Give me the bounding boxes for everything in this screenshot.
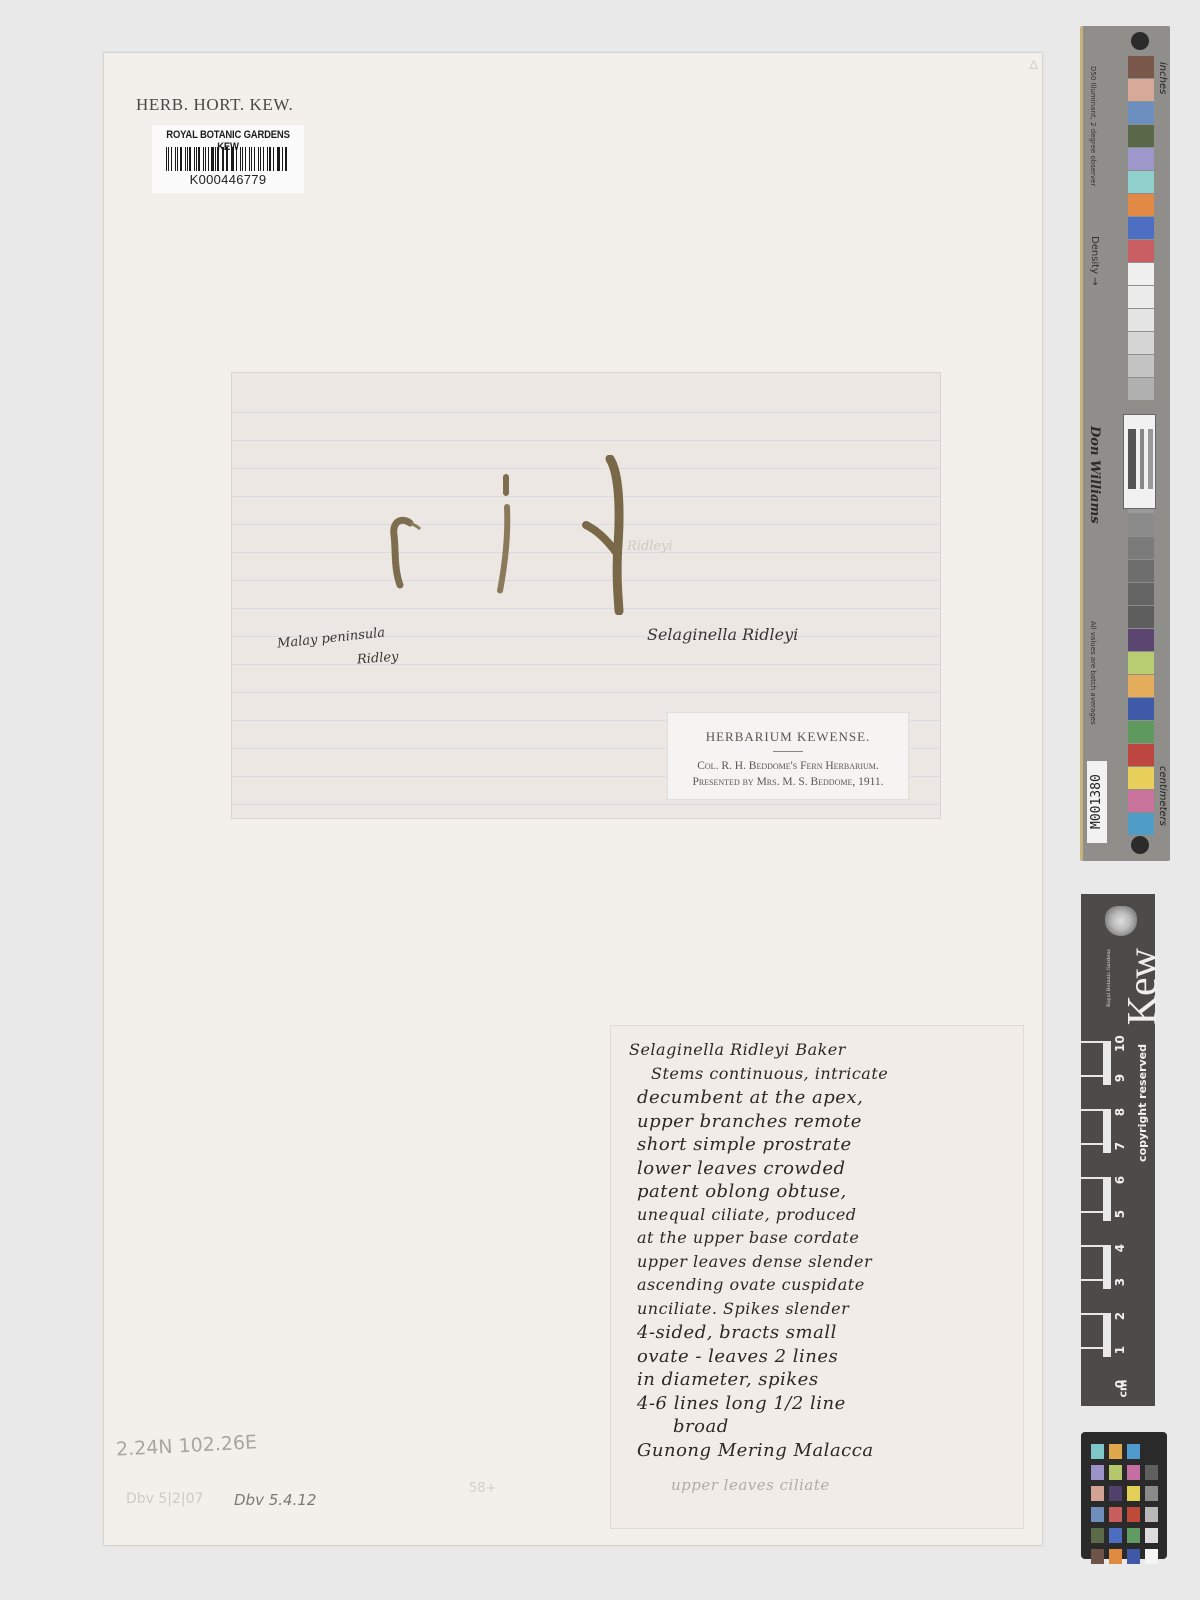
color-checker-cell (1091, 1465, 1104, 1480)
color-checker-cell (1091, 1486, 1104, 1501)
barcode-bar (226, 147, 227, 171)
note-line: Selaginella Ridleyi Baker (629, 1040, 846, 1059)
barcode-bar (208, 147, 209, 171)
color-swatch (1128, 629, 1154, 651)
barcode-bar (236, 147, 237, 171)
barcode-bar (273, 147, 274, 171)
color-swatch (1128, 171, 1154, 193)
specimen-fragment-3 (582, 455, 642, 615)
color-swatch (1128, 263, 1154, 285)
color-swatch (1128, 332, 1154, 354)
batch-caption: All values are batch averages (1089, 621, 1097, 725)
barcode-bar (263, 147, 264, 171)
barcode-bar (242, 147, 243, 171)
locality-handwritten: Malay peninsula (277, 625, 386, 651)
note-line: ovate - leaves 2 lines (637, 1346, 838, 1367)
ruler-number: 1 (1113, 1342, 1127, 1358)
barcode-bar (215, 147, 216, 171)
ruler-marker (1103, 1313, 1111, 1347)
color-swatch (1128, 721, 1154, 743)
kew-logo: Kew (1119, 949, 1167, 1025)
color-checker-cell (1091, 1444, 1104, 1459)
color-checker-cell (1145, 1486, 1158, 1501)
color-swatch (1128, 56, 1154, 78)
barcode-bar (203, 147, 204, 171)
color-swatch (1128, 125, 1154, 147)
ruler-number: 5 (1113, 1206, 1127, 1222)
barcode-bar (194, 147, 195, 171)
color-swatch (1128, 767, 1154, 789)
note-line: broad (673, 1416, 729, 1437)
ruler-number: 2 (1113, 1308, 1127, 1324)
pencil-note: upper leaves ciliate (671, 1476, 830, 1494)
faint-pencil-note: Ridleyi (627, 539, 673, 554)
don-williams-brand: Don Williams (1087, 426, 1102, 524)
color-swatch (1128, 309, 1154, 331)
barcode-bar (222, 147, 223, 171)
note-line: 4-6 lines long 1/2 line (637, 1393, 846, 1414)
barcode-bar (240, 147, 241, 171)
note-line: unequal ciliate, produced (637, 1205, 857, 1224)
mount-hole-top (1131, 32, 1149, 50)
barcode-bar (231, 147, 232, 171)
color-calibration-bar: D50 Illuminant, 2 degree observer Densit… (1080, 26, 1170, 861)
ruler-cell (1081, 1041, 1103, 1075)
ruler-marker (1103, 1109, 1111, 1143)
note-line: 4-sided, bracts small (637, 1322, 837, 1343)
barcode-bar (232, 147, 234, 171)
color-swatch (1128, 148, 1154, 170)
color-bar-id: M001380 (1087, 761, 1107, 843)
note-line: Stems continuous, intricate (651, 1064, 888, 1083)
barcode-bar (258, 147, 259, 171)
color-swatch (1128, 675, 1154, 697)
barcode-bar (185, 147, 186, 171)
color-checker-cell (1109, 1528, 1122, 1543)
ruler-marker (1103, 1143, 1111, 1153)
barcode-bar (278, 147, 279, 171)
note-line: at the upper base cordate (637, 1228, 859, 1247)
specimen-fragment-2 (494, 473, 516, 598)
color-checker-cell (1109, 1486, 1122, 1501)
ruler-cell (1081, 1143, 1103, 1177)
barcode-bar (175, 147, 176, 171)
barcode-bar (177, 147, 178, 171)
color-checker-cell (1145, 1444, 1158, 1459)
barcode-bar (217, 147, 218, 171)
note-line: in diameter, spikes (637, 1369, 819, 1390)
color-swatch (1128, 698, 1154, 720)
ruler-marker (1103, 1211, 1111, 1221)
cm-ruler (1081, 1041, 1103, 1406)
barcode-bar (171, 147, 172, 171)
barcode-bar (254, 147, 255, 171)
barcode-bar (180, 147, 182, 171)
barcode-bar (211, 147, 213, 171)
gray-swatch (1128, 514, 1154, 536)
barcode-bar (267, 147, 268, 171)
label-divider (773, 751, 803, 752)
herbarium-sheet: △ HERB. HORT. KEW. ROYAL BOTANIC GARDENS… (103, 52, 1043, 1546)
ruler-cell (1081, 1177, 1103, 1211)
barcode-bar (282, 147, 283, 171)
corner-mark: △ (1030, 57, 1038, 70)
ruler-cell (1081, 1313, 1103, 1347)
ruler-number: 6 (1113, 1172, 1127, 1188)
ruler-cell (1081, 1245, 1103, 1279)
color-checker-cell (1091, 1528, 1104, 1543)
barcode-bar (285, 147, 286, 171)
color-checker-cell (1127, 1444, 1140, 1459)
color-checker-cell (1091, 1549, 1104, 1564)
resolution-target (1123, 414, 1156, 509)
kew-crest-icon (1105, 906, 1137, 936)
ruler-cell (1081, 1075, 1103, 1109)
gray-swatch (1128, 606, 1154, 628)
barcode-bar (198, 147, 199, 171)
color-checker-card (1081, 1432, 1167, 1559)
determination-note-2: Dbv 5.4.12 (234, 1491, 316, 1509)
color-swatch (1128, 652, 1154, 674)
color-checker-cell (1091, 1507, 1104, 1522)
ruler-marker (1103, 1075, 1111, 1085)
ruler-marker (1103, 1041, 1111, 1075)
color-checker-cell (1109, 1465, 1122, 1480)
color-checker-cell (1127, 1465, 1140, 1480)
barcode-label: ROYAL BOTANIC GARDENS KEW K000446779 (152, 125, 304, 193)
ruler-marker (1103, 1279, 1111, 1289)
barcode-bar (277, 147, 278, 171)
color-checker-cell (1127, 1549, 1140, 1564)
color-checker-cell (1127, 1486, 1140, 1501)
color-swatch (1128, 378, 1154, 400)
color-swatch (1128, 102, 1154, 124)
barcode-bar (187, 147, 188, 171)
barcode-bar (205, 147, 206, 171)
color-checker-cell (1127, 1528, 1140, 1543)
ruler-marker (1103, 1245, 1111, 1279)
barcode-bar (168, 147, 169, 171)
color-swatch (1128, 355, 1154, 377)
note-line: patent oblong obtuse, (637, 1181, 847, 1202)
illuminant-caption: D50 Illuminant, 2 degree observer (1089, 66, 1097, 186)
specimen-fragment-1 (382, 513, 422, 598)
number-note: 58+ (469, 1481, 496, 1496)
barcode-bar (166, 147, 167, 171)
note-line: short simple prostrate (637, 1134, 852, 1155)
barcode-icon (166, 147, 288, 171)
ruler-marker (1103, 1347, 1111, 1357)
color-checker-cell (1145, 1465, 1158, 1480)
coordinates-note: 2.24N 102.26E (116, 1431, 258, 1460)
gray-swatch (1128, 560, 1154, 582)
color-checker-cell (1109, 1444, 1122, 1459)
color-swatch (1128, 744, 1154, 766)
ruler-number: 7 (1113, 1138, 1127, 1154)
label-title: HERBARIUM KEWENSE. (668, 729, 908, 745)
ruler-number: 3 (1113, 1274, 1127, 1290)
unit-inches-label: inches (1157, 62, 1168, 94)
color-swatch (1128, 813, 1154, 835)
specimen-packet: Malay peninsula Ridley Selaginella Ridle… (231, 372, 941, 819)
barcode-number: K000446779 (152, 172, 304, 187)
color-checker-cell (1109, 1549, 1122, 1564)
color-checker-cell (1109, 1507, 1122, 1522)
barcode-bar (251, 147, 252, 171)
herbarium-kewense-label: HERBARIUM KEWENSE. Col. R. H. Beddome's … (667, 712, 909, 800)
note-line: Gunong Mering Malacca (637, 1440, 874, 1461)
color-checker-cell (1127, 1507, 1140, 1522)
ruler-number: 10 (1113, 1036, 1127, 1052)
color-checker-cell (1145, 1549, 1158, 1564)
note-line: decumbent at the apex, (637, 1087, 863, 1108)
ruler-number: 9 (1113, 1070, 1127, 1086)
ruler-number: 4 (1113, 1240, 1127, 1256)
color-swatch (1128, 790, 1154, 812)
barcode-bar (245, 147, 246, 171)
ruler-cell (1081, 1347, 1103, 1381)
color-checker-cell (1145, 1528, 1158, 1543)
barcode-bar (269, 147, 271, 171)
color-swatch (1128, 79, 1154, 101)
kew-logo-subtitle: Royal Botanic Gardens (1106, 949, 1112, 1007)
determination-note-1: Dbv 5|2|07 (126, 1491, 203, 1507)
color-swatch (1128, 217, 1154, 239)
barcode-bar (189, 147, 190, 171)
gray-swatch (1128, 537, 1154, 559)
note-line: lower leaves crowded (637, 1158, 846, 1179)
color-checker-cell (1145, 1507, 1158, 1522)
note-line: ascending ovate cuspidate (637, 1275, 865, 1294)
color-swatch (1128, 194, 1154, 216)
copyright-notice: copyright reserved (1136, 1044, 1149, 1162)
collector-handwritten: Ridley (357, 650, 399, 668)
color-swatch (1128, 240, 1154, 262)
barcode-bar (260, 147, 261, 171)
kew-scale-bar: Kew Royal Botanic Gardens copyright rese… (1081, 894, 1155, 1406)
species-handwritten: Selaginella Ridleyi (647, 625, 798, 644)
color-checker-grid (1091, 1444, 1158, 1564)
barcode-bar (196, 147, 197, 171)
gray-swatch (1128, 583, 1154, 605)
label-presented-line: Presented by Mrs. M. S. Beddome, 1911. (668, 774, 908, 790)
ruler-unit: cm (1116, 1380, 1129, 1398)
unit-centimeters-label: centimeters (1157, 766, 1168, 826)
note-line: upper leaves dense slender (637, 1252, 872, 1271)
herbarium-header-title: HERB. HORT. KEW. (136, 95, 293, 115)
ruler-cell (1081, 1109, 1103, 1143)
ruler-number: 8 (1113, 1104, 1127, 1120)
mount-hole-bottom (1131, 836, 1149, 854)
barcode-bar (223, 147, 224, 171)
label-collection-line: Col. R. H. Beddome's Fern Herbarium. (668, 758, 908, 774)
barcode-bar (249, 147, 250, 171)
color-swatch (1128, 286, 1154, 308)
note-line: upper branches remote (637, 1111, 862, 1132)
ruler-cell (1081, 1211, 1103, 1245)
ruler-marker (1103, 1177, 1111, 1211)
ruler-cell (1081, 1279, 1103, 1313)
note-line: unciliate. Spikes slender (637, 1299, 849, 1318)
handwritten-description-slip: Selaginella Ridleyi BakerStems continuou… (610, 1025, 1024, 1529)
density-label: Density → (1089, 236, 1100, 286)
